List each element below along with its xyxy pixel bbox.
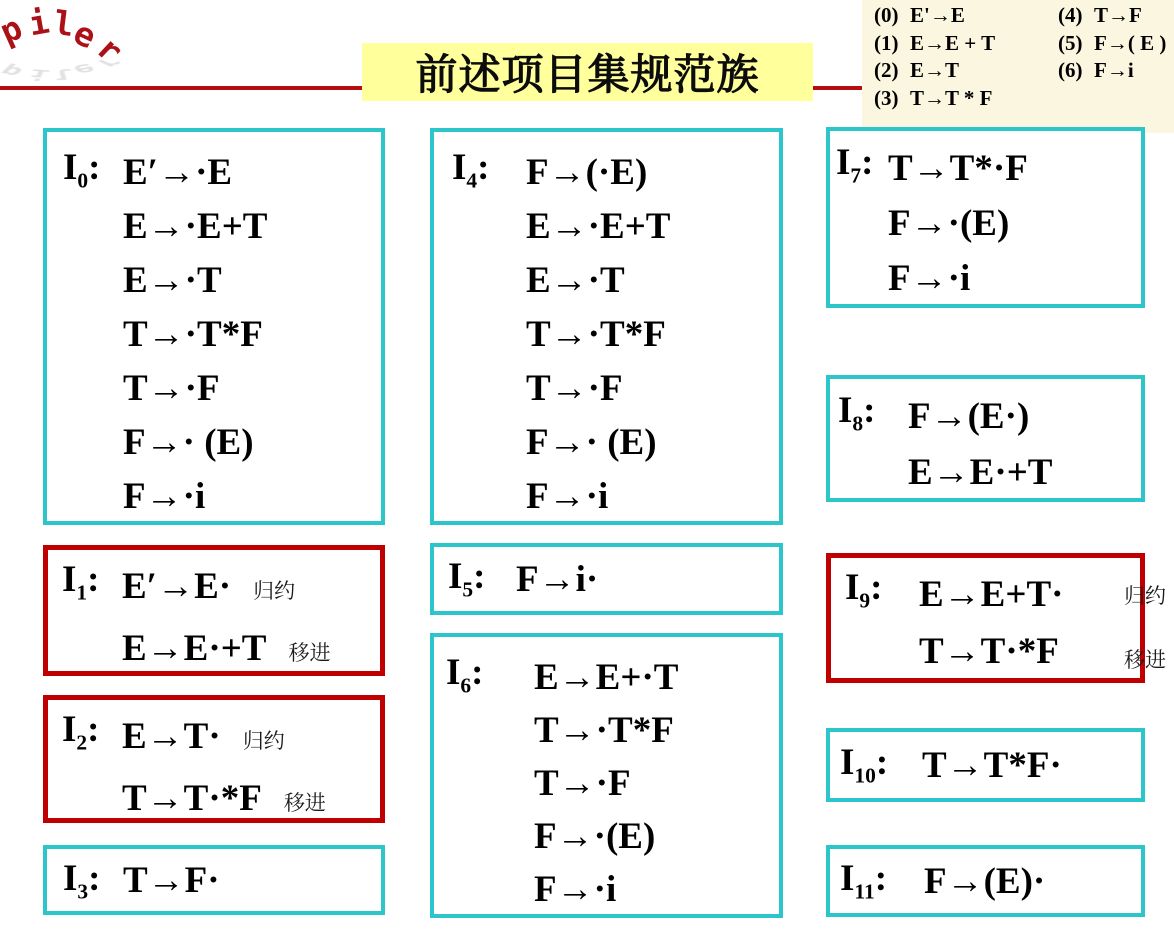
production: F→· (E): [123, 416, 381, 470]
production: F→·i: [123, 470, 381, 524]
itemset-I5: I5: F→i·: [430, 543, 783, 615]
production: E→·T: [526, 254, 779, 308]
grammar-column-right: (4)T→F (5)F→( E ) (6)F→i: [1058, 2, 1166, 85]
compiler-logo: p i l e r: [0, 0, 180, 100]
logo-letter: i: [26, 2, 52, 44]
production: F→·(E): [888, 196, 1141, 251]
production: F→i·: [516, 555, 779, 605]
production: T→·T*F: [534, 704, 779, 757]
production: E→T·归约: [122, 708, 380, 770]
itemset-I10: I10: T→T*F·: [826, 728, 1145, 802]
production: F→(E)·: [924, 857, 1141, 907]
production: T→·T*F: [123, 308, 381, 362]
production: T→·F: [534, 757, 779, 810]
production: T→F·: [123, 857, 381, 905]
itemset-I6-label: I6:: [446, 651, 534, 694]
grammar-rule: (4)T→F: [1058, 2, 1166, 30]
grammar-rule: (3)T→T * F: [874, 85, 995, 113]
production: F→(E·): [908, 389, 1141, 445]
itemset-I7-label: I7:: [836, 141, 888, 184]
production: F→·i: [534, 863, 779, 916]
grammar-rule: (5)F→( E ): [1058, 30, 1166, 58]
itemset-I5-label: I5:: [448, 555, 516, 598]
production: E→E+T·: [919, 566, 1140, 623]
production: T→·T*F: [526, 308, 779, 362]
action-note: 移进: [1124, 644, 1166, 674]
itemset-I4: I4: F→(·E) E→·E+T E→·T T→·T*F T→·F F→· (…: [430, 128, 783, 525]
production: E′→·E: [123, 146, 381, 200]
itemset-I11: I11: F→(E)·: [826, 845, 1145, 917]
production: T→T*F·: [922, 741, 1141, 791]
production: E→E·+T移进: [122, 620, 380, 682]
grammar-rule: (0)E'→E: [874, 2, 995, 30]
slide-title: 前述项目集规范族: [415, 42, 759, 102]
production: F→(·E): [526, 146, 779, 200]
itemset-I2-label: I2:: [62, 708, 122, 751]
logo-reflection: p i l e r: [0, 55, 180, 84]
itemset-I4-label: I4:: [452, 146, 526, 189]
itemset-I6: I6: E→E+·T T→·T*F T→·F F→·(E) F→·i: [430, 633, 783, 918]
production: T→T·*F移进: [122, 770, 380, 832]
itemset-I2: I2: E→T·归约 T→T·*F移进: [43, 695, 385, 823]
action-note: 归约: [243, 729, 285, 753]
production: T→T*·F: [888, 141, 1141, 196]
itemset-I3: I3: T→F·: [43, 845, 385, 915]
production: E→·E+T: [123, 200, 381, 254]
production: E→·E+T: [526, 200, 779, 254]
production: E→E·+T: [908, 445, 1141, 501]
action-note: 归约: [1124, 580, 1166, 610]
itemset-I1: I1: E′→E·归约 E→E·+T移进: [43, 545, 385, 676]
production: T→·F: [123, 362, 381, 416]
slide: p i l e r p i l e r 前述项目集规范族 (0)E'→E (1)…: [0, 0, 1174, 934]
grammar-rule: (6)F→i: [1058, 57, 1166, 85]
production: T→T·*F: [919, 623, 1140, 680]
itemset-I9: I9: E→E+T· T→T·*F 归约 移进: [826, 553, 1145, 683]
grammar-rule: (2)E→T: [874, 57, 995, 85]
grammar-rule: (1)E→E + T: [874, 30, 995, 58]
itemset-I9-label: I9:: [845, 566, 919, 609]
action-note: 移进: [284, 791, 326, 815]
production: F→· (E): [526, 416, 779, 470]
itemset-I3-label: I3:: [63, 857, 123, 900]
itemset-I0: I0: E′→·E E→·E+T E→·T T→·T*F T→·F F→· (E…: [43, 128, 385, 525]
slide-title-box: 前述项目集规范族: [362, 43, 813, 101]
itemset-I10-label: I10:: [840, 741, 922, 784]
production: T→·F: [526, 362, 779, 416]
production: F→·i: [526, 470, 779, 524]
production: F→·(E): [534, 810, 779, 863]
action-note: 归约: [253, 579, 295, 603]
grammar-column-left: (0)E'→E (1)E→E + T (2)E→T (3)T→T * F: [874, 2, 995, 112]
itemset-I11-label: I11:: [840, 857, 924, 900]
itemset-I1-label: I1:: [62, 558, 122, 601]
action-note: 移进: [288, 641, 330, 665]
itemset-I0-label: I0:: [63, 146, 123, 189]
logo-letter: p: [0, 8, 28, 52]
itemset-I7: I7: T→T*·F F→·(E) F→·i: [826, 127, 1145, 308]
production: F→·i: [888, 251, 1141, 306]
production: E→·T: [123, 254, 381, 308]
itemset-I8-label: I8:: [838, 389, 908, 432]
itemset-I8: I8: F→(E·) E→E·+T: [826, 375, 1145, 502]
production: E→E+·T: [534, 651, 779, 704]
grammar-panel: (0)E'→E (1)E→E + T (2)E→T (3)T→T * F (4)…: [862, 0, 1174, 133]
production: E′→E·归约: [122, 558, 380, 620]
